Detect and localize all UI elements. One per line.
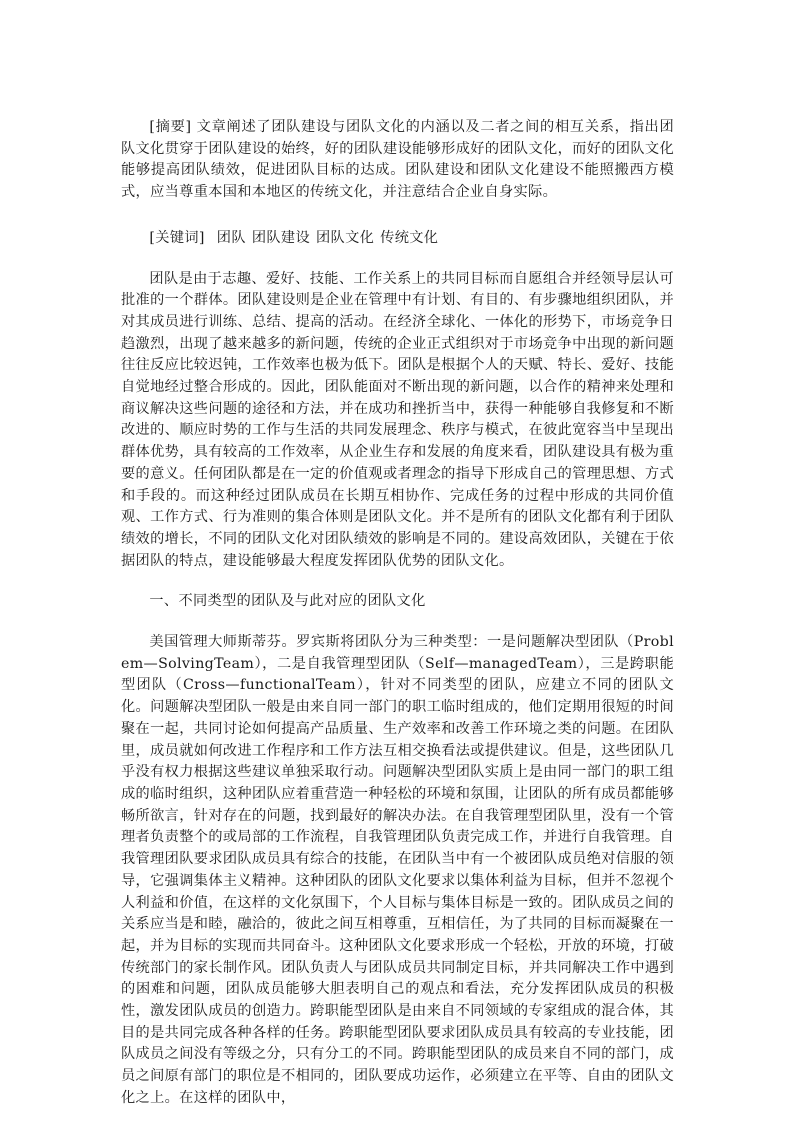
document-page: [摘要] 文章阐述了团队建设与团队文化的内涵以及二者之间的相互关系，指出团队文化… bbox=[121, 117, 674, 1110]
keywords-label: [关键词] bbox=[149, 230, 204, 246]
keyword-item: 团队建设 bbox=[252, 230, 310, 246]
abstract-label: [摘要] bbox=[149, 119, 191, 135]
section-heading: 一、不同类型的团队及与此对应的团队文化 bbox=[121, 591, 674, 613]
keyword-item: 传统文化 bbox=[380, 230, 438, 246]
body-paragraph-intro: 团队是由于志趣、爱好、技能、工作关系上的共同目标而自愿组合并经领导层认可批准的一… bbox=[121, 269, 674, 573]
keywords-paragraph: [关键词]团队团队建设团队文化传统文化 bbox=[121, 228, 674, 250]
keyword-item: 团队文化 bbox=[316, 230, 374, 246]
keyword-item: 团队 bbox=[217, 230, 246, 246]
abstract-paragraph: [摘要] 文章阐述了团队建设与团队文化的内涵以及二者之间的相互关系，指出团队文化… bbox=[121, 117, 674, 204]
abstract-text: 文章阐述了团队建设与团队文化的内涵以及二者之间的相互关系，指出团队文化贯穿于团队… bbox=[121, 119, 674, 200]
body-paragraph-team-types: 美国管理大师斯蒂芬。罗宾斯将团队分为三种类型：一是问题解决型团队（Problem… bbox=[121, 632, 674, 1109]
